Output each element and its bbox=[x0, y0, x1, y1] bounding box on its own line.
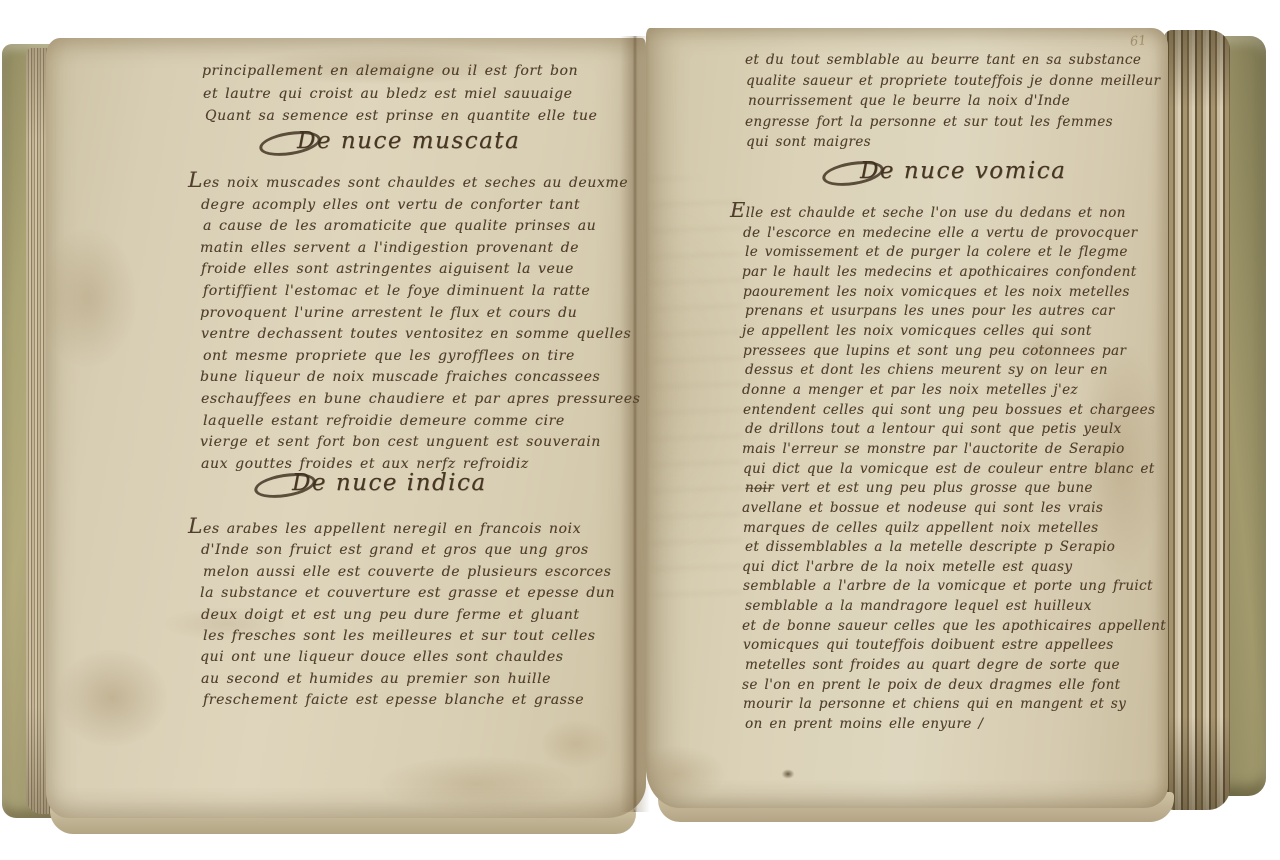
right-section-nuce-vomica-paragraph: Elle est chaulde et seche l'on use du de… bbox=[742, 200, 1166, 735]
manuscript-line: semblable a l'arbre de la vomicque et po… bbox=[743, 577, 1166, 597]
manuscript-line: et du tout semblable au beurre tant en s… bbox=[745, 50, 1160, 71]
manuscript-line: entendent celles qui sont ung peu bossue… bbox=[743, 401, 1166, 421]
manuscript-line: se l'on en prent le poix de deux dragmes… bbox=[742, 676, 1166, 696]
manuscript-line: au second et humides au premier son huil… bbox=[201, 669, 615, 690]
manuscript-line: bune liqueur de noix muscade fraiches co… bbox=[200, 367, 640, 389]
manuscript-line: metelles sont froides au quart degre de … bbox=[745, 656, 1166, 676]
manuscript-line: de l'escorce en medecine elle a vertu de… bbox=[743, 224, 1166, 244]
heading-text: De nuce indica bbox=[292, 470, 487, 496]
manuscript-line: avellane et bossue et nodeuse qui sont l… bbox=[742, 499, 1166, 519]
manuscript-line: marques de celles quilz appellent noix m… bbox=[743, 519, 1166, 539]
manuscript-line: qui dict que la vomicque est de couleur … bbox=[743, 460, 1166, 480]
manuscript-line: et dissemblables a la metelle descripte … bbox=[745, 538, 1166, 558]
heading-text: De nuce muscata bbox=[297, 128, 520, 154]
manuscript-line: on en prent moins elle enyure / bbox=[745, 715, 1166, 735]
manuscript-line: les fresches sont les meilleures et sur … bbox=[203, 626, 615, 647]
manuscript-line: eschauffees en bune chaudiere et par apr… bbox=[201, 389, 640, 411]
right-page: 61 et du tout semblable au beurre tant e… bbox=[646, 28, 1168, 808]
manuscript-line: matin elles servent a l'indigestion prov… bbox=[200, 238, 640, 260]
manuscript-line: semblable a la mandragore lequel est hui… bbox=[745, 597, 1166, 617]
manuscript-line: paourement les noix vomicques et les noi… bbox=[743, 283, 1166, 303]
manuscript-line: vomicques qui touteffois doibuent estre … bbox=[743, 636, 1166, 656]
manuscript-line: et de bonne saueur celles que les apothi… bbox=[742, 617, 1166, 637]
manuscript-line: a cause de les aromaticite que qualite p… bbox=[203, 216, 640, 238]
left-section-nuce-indica-paragraph: Les arabes les appellent neregil en fran… bbox=[200, 516, 615, 712]
left-page: principallement en alemaigne ou il est f… bbox=[46, 38, 646, 818]
folio-number: 61 bbox=[1129, 33, 1147, 49]
section-heading-de-nuce-vomica: De nuce vomica bbox=[830, 158, 1066, 184]
manuscript-line: qui sont maigres bbox=[746, 132, 1160, 153]
manuscript-line: freschement faicte est epesse blanche et… bbox=[203, 690, 615, 711]
calligraphic-flourish-icon bbox=[821, 157, 886, 189]
manuscript-line: Elle est chaulde et seche l'on use du de… bbox=[730, 200, 1166, 224]
manuscript-line: prenans et usurpans les unes pour les au… bbox=[745, 302, 1166, 322]
calligraphic-flourish-icon bbox=[253, 469, 318, 501]
manuscript-line: mais l'erreur se monstre par l'auctorite… bbox=[742, 440, 1166, 460]
manuscript-line: laquelle estant refroidie demeure comme … bbox=[203, 411, 640, 433]
manuscript-line: Les noix muscades sont chauldes et seche… bbox=[188, 170, 640, 195]
manuscript-line: nourrissement que le beurre la noix d'In… bbox=[748, 91, 1160, 112]
manuscript-line: deux doigt et est ung peu dure ferme et … bbox=[201, 605, 615, 626]
manuscript-line: ont mesme propriete que les gyrofflees o… bbox=[203, 346, 640, 368]
right-intro-paragraph: et du tout semblable au beurre tant en s… bbox=[745, 50, 1160, 153]
manuscript-line: de drillons tout a lentour qui sont que … bbox=[745, 420, 1166, 440]
manuscript-line: n̶o̶i̶r̶ vert et est ung peu plus grosse… bbox=[745, 479, 1166, 499]
section-heading-de-nuce-muscata: De nuce muscata bbox=[267, 128, 520, 154]
manuscript-line: et lautre qui croist au bledz est miel s… bbox=[203, 83, 597, 106]
manuscript-line: principallement en alemaigne ou il est f… bbox=[202, 60, 597, 83]
manuscript-line: provoquent l'urine arrestent le flux et … bbox=[200, 303, 640, 325]
calligraphic-flourish-icon bbox=[258, 127, 323, 159]
manuscript-line: qui dict l'arbre de la noix metelle est … bbox=[742, 558, 1166, 578]
manuscript-line: Quant sa semence est prinse en quantite … bbox=[205, 105, 597, 128]
page-stack-fore-edge bbox=[1164, 30, 1230, 810]
manuscript-photo: principallement en alemaigne ou il est f… bbox=[0, 0, 1280, 860]
manuscript-line: par le hault les medecins et apothicaire… bbox=[742, 263, 1166, 283]
section-heading-de-nuce-indica: De nuce indica bbox=[262, 470, 487, 496]
left-intro-paragraph: principallement en alemaigne ou il est f… bbox=[202, 60, 597, 128]
manuscript-line: ventre dechassent toutes ventositez en s… bbox=[201, 324, 640, 346]
manuscript-line: engresse fort la personne et sur tout le… bbox=[745, 112, 1160, 133]
manuscript-line: donne a menger et par les noix metelles … bbox=[742, 381, 1166, 401]
manuscript-line: degre acomply elles ont vertu de confort… bbox=[201, 195, 640, 217]
manuscript-line: vierge et sent fort bon cest unguent est… bbox=[200, 432, 640, 454]
manuscript-line: qualite saueur et propriete touteffois j… bbox=[746, 71, 1160, 92]
manuscript-line: dessus et dont les chiens meurent sy on … bbox=[745, 361, 1166, 381]
manuscript-line: la substance et couverture est grasse et… bbox=[200, 583, 615, 604]
left-section-nuce-muscata-paragraph: Les noix muscades sont chauldes et seche… bbox=[200, 170, 640, 475]
manuscript-line: froide elles sont astringentes aiguisent… bbox=[201, 259, 640, 281]
manuscript-line: fortiffient l'estomac et le foye diminue… bbox=[203, 281, 640, 303]
heading-text: De nuce vomica bbox=[860, 158, 1066, 184]
manuscript-line: melon aussi elle est couverte de plusieu… bbox=[203, 562, 615, 583]
manuscript-line: qui ont une liqueur douce elles sont cha… bbox=[200, 647, 615, 668]
manuscript-line: je appellent les noix vomicques celles q… bbox=[742, 322, 1166, 342]
manuscript-line: pressees que lupins et sont ung peu coto… bbox=[743, 342, 1166, 362]
manuscript-line: d'Inde son fruict est grand et gros que … bbox=[201, 540, 615, 561]
manuscript-line: mourir la personne et chiens qui en mang… bbox=[743, 695, 1166, 715]
manuscript-line: Les arabes les appellent neregil en fran… bbox=[188, 516, 615, 540]
manuscript-line: le vomissement et de purger la colere et… bbox=[745, 243, 1166, 263]
ink-showthrough bbox=[652, 178, 742, 598]
